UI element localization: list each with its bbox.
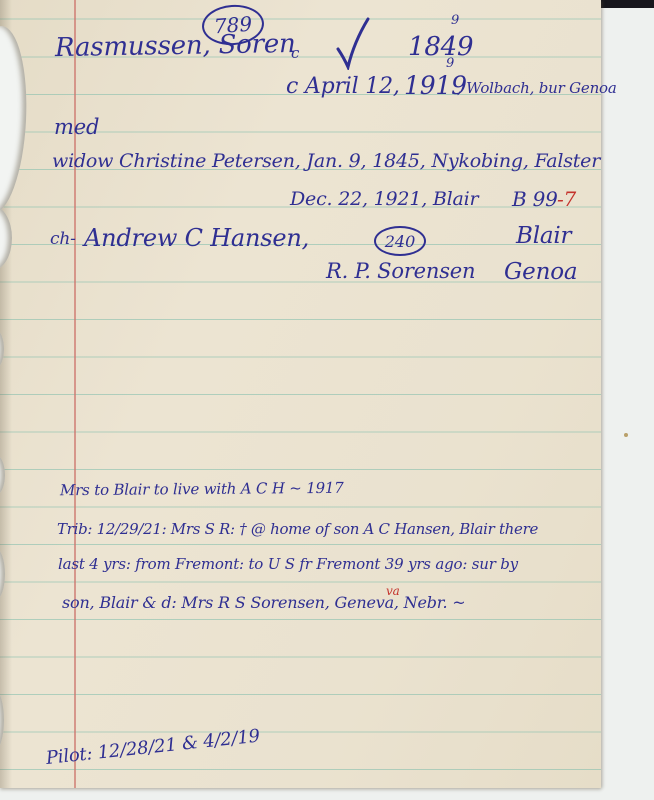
child-1-name: Andrew C Hansen, bbox=[84, 224, 309, 252]
death-place: , Wolbach, bur Genoa bbox=[457, 79, 617, 97]
child-1-place: Blair bbox=[516, 223, 571, 249]
note-obituary-line-3: son, Blair & d: Mrs R S Sorensen, Geneva… bbox=[62, 593, 465, 612]
marriage-label: med bbox=[54, 115, 99, 139]
scanner-edge-strip bbox=[597, 0, 654, 8]
circa-mark: c bbox=[291, 44, 299, 62]
torn-edge-notch bbox=[0, 25, 31, 216]
primary-name: Rasmussen, Soren bbox=[55, 29, 296, 63]
notebook-page: 789 Rasmussen, Soren c 1849 9 c April 12… bbox=[0, 0, 601, 788]
reference-code: B 99 bbox=[512, 187, 558, 211]
checkmark-icon bbox=[335, 16, 371, 70]
red-correction: va bbox=[386, 584, 400, 598]
note-obituary-line-1: Trib: 12/29/21: Mrs S R: † @ home of son… bbox=[57, 520, 538, 538]
reference-suffix-red: -7 bbox=[557, 187, 576, 211]
child-2-name: R. P. Sorensen bbox=[326, 259, 475, 283]
death-date: c April 12, bbox=[286, 74, 400, 99]
child-2-place: Genoa bbox=[504, 259, 577, 285]
children-label: ch- bbox=[50, 229, 76, 249]
spouse-death-line: Dec. 22, 1921, Blair bbox=[290, 188, 478, 210]
birth-year: 1849 bbox=[408, 32, 473, 62]
dust-speck bbox=[624, 433, 628, 437]
note-obituary-line-2: last 4 yrs: from Fremont: to U S fr Frem… bbox=[58, 555, 518, 573]
scanned-document: 789 Rasmussen, Soren c 1849 9 c April 12… bbox=[0, 0, 654, 800]
birth-year-correction: 9 bbox=[451, 13, 459, 28]
note-residence: Mrs to Blair to live with A C H ~ 1917 bbox=[60, 479, 344, 499]
child-1-number-circled: 240 bbox=[374, 226, 426, 256]
death-year-correction: 9 bbox=[446, 56, 454, 71]
source-citation: Pilot: 12/28/21 & 4/2/19 bbox=[45, 726, 261, 769]
spouse-line: widow Christine Petersen, Jan. 9, 1845, … bbox=[52, 150, 600, 172]
